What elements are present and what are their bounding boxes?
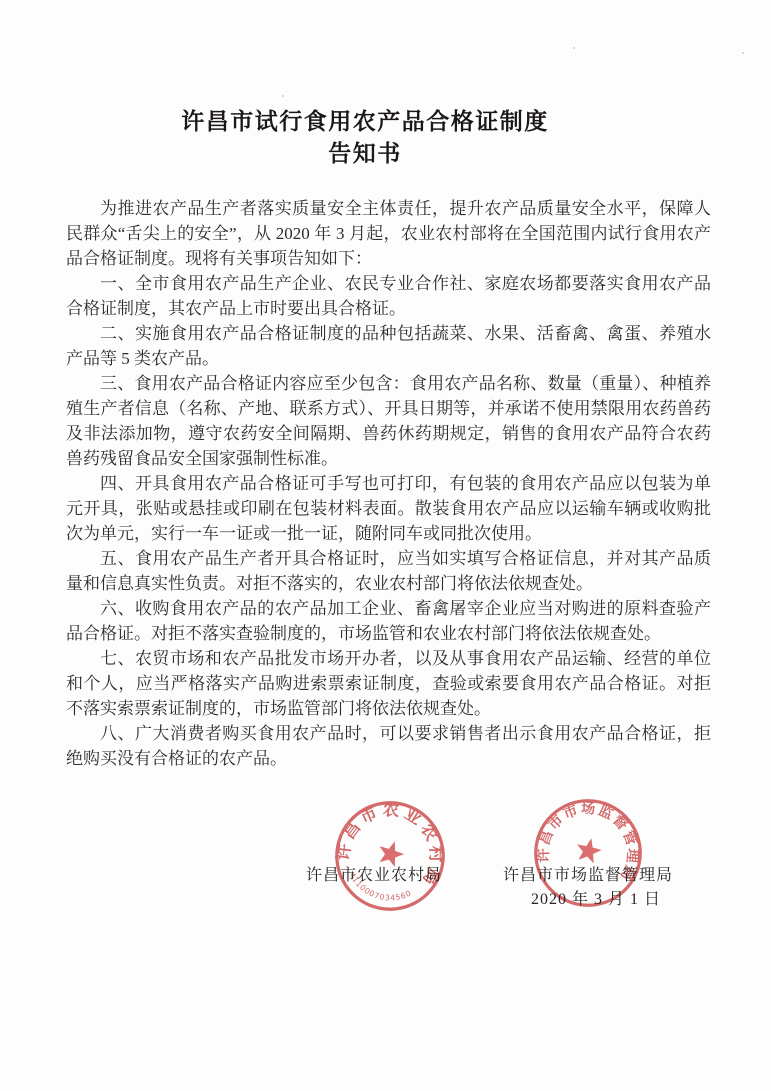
item-4-paragraph: 四、开具食用农产品合格证可手写也可打印，有包装的食用农产品应以包装为单元开具，张… [66,471,711,546]
left-agency-signature: 许昌市农业农村局 [306,862,442,885]
item-1-paragraph: 一、全市食用农产品生产企业、农民专业合作社、家庭农场都要落实食用农产品合格证制度… [66,271,711,321]
intro-paragraph: 为推进农产品生产者落实质量安全主体责任，提升农产品质量安全水平，保障人民群众“舌… [66,196,711,271]
notice-document-page: 许昌市试行食用农产品合格证制度 告知书 为推进农产品生产者落实质量安全主体责任，… [0,0,771,1091]
item-7-paragraph: 七、农贸市场和农产品批发市场开办者，以及从事食用农产品运输、经营的单位和个人，应… [66,646,711,721]
scan-speck [742,52,744,54]
document-title-line1: 许昌市试行食用农产品合格证制度 [40,106,690,138]
item-8-paragraph: 八、广大消费者购买食用农产品时，可以要求销售者出示食用农产品合格证，拒绝购买没有… [66,721,711,771]
right-agency-signature: 许昌市市场监督管理局 [503,862,673,885]
red-star-icon [574,835,604,864]
signature-date: 2020 年 3 月 1 日 [531,886,661,909]
item-3-paragraph: 三、食用农产品合格证内容应至少包含：食用农产品名称、数量（重量）、种植养殖生产者… [66,371,711,471]
document-body: 为推进农产品生产者落实质量安全主体责任，提升农产品质量安全水平，保障人民群众“舌… [66,196,711,771]
item-6-paragraph: 六、收购食用农产品的农产品加工企业、畜禽屠宰企业应当对购进的原料查验产品合格证。… [66,596,711,646]
agriculture-bureau-seal: 许昌市农业农村局 4110007034560 [317,783,463,929]
document-title: 许昌市试行食用农产品合格证制度 告知书 [40,106,690,170]
scan-speck [573,47,575,49]
document-title-line2: 告知书 [40,138,690,170]
item-2-paragraph: 二、实施食用农产品合格证制度的品种包括蔬菜、水果、活畜禽、禽蛋、养殖水产品等 5… [66,321,711,371]
item-5-paragraph: 五、食用农产品生产者开具合格证时，应当如实填写合格证信息，并对其产品质量和信息真… [66,546,711,596]
scan-speck [282,95,284,97]
